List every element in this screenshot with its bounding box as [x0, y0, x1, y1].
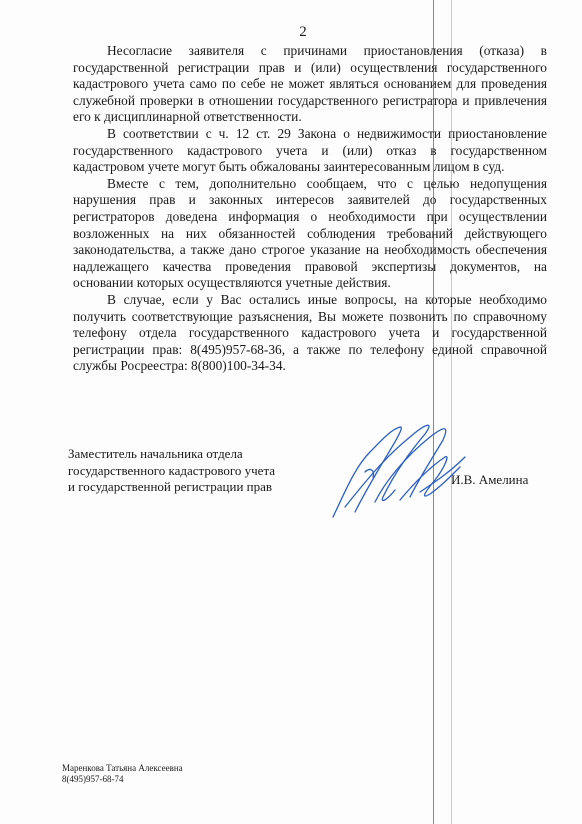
- executor-phone: 8(495)957-68-74: [62, 774, 183, 785]
- paragraph: Несогласие заявителя с причинами приоста…: [73, 43, 547, 126]
- handwritten-signature-icon: [325, 412, 475, 522]
- paragraph: В соответствии с ч. 12 ст. 29 Закона о н…: [73, 126, 547, 176]
- signer-name: И.В. Амелина: [451, 472, 528, 488]
- document-page: 2 Несогласие заявителя с причинами приос…: [0, 0, 582, 824]
- position-line: государственного кадастрового учета: [68, 463, 328, 480]
- paragraph: В случае, если у Вас остались иные вопро…: [73, 292, 547, 375]
- executor-name: Маренкова Татьяна Алексеевна: [62, 763, 183, 774]
- executor-contact: Маренкова Татьяна Алексеевна 8(495)957-6…: [62, 763, 183, 785]
- position-line: и государственной регистрации прав: [68, 479, 328, 496]
- signer-position: Заместитель начальника отдела государств…: [68, 446, 328, 496]
- page-number: 2: [12, 24, 582, 41]
- position-line: Заместитель начальника отдела: [68, 446, 328, 463]
- paragraph: Вместе с тем, дополнительно сообщаем, чт…: [73, 176, 547, 292]
- letter-body: Несогласие заявителя с причинами приоста…: [73, 43, 547, 375]
